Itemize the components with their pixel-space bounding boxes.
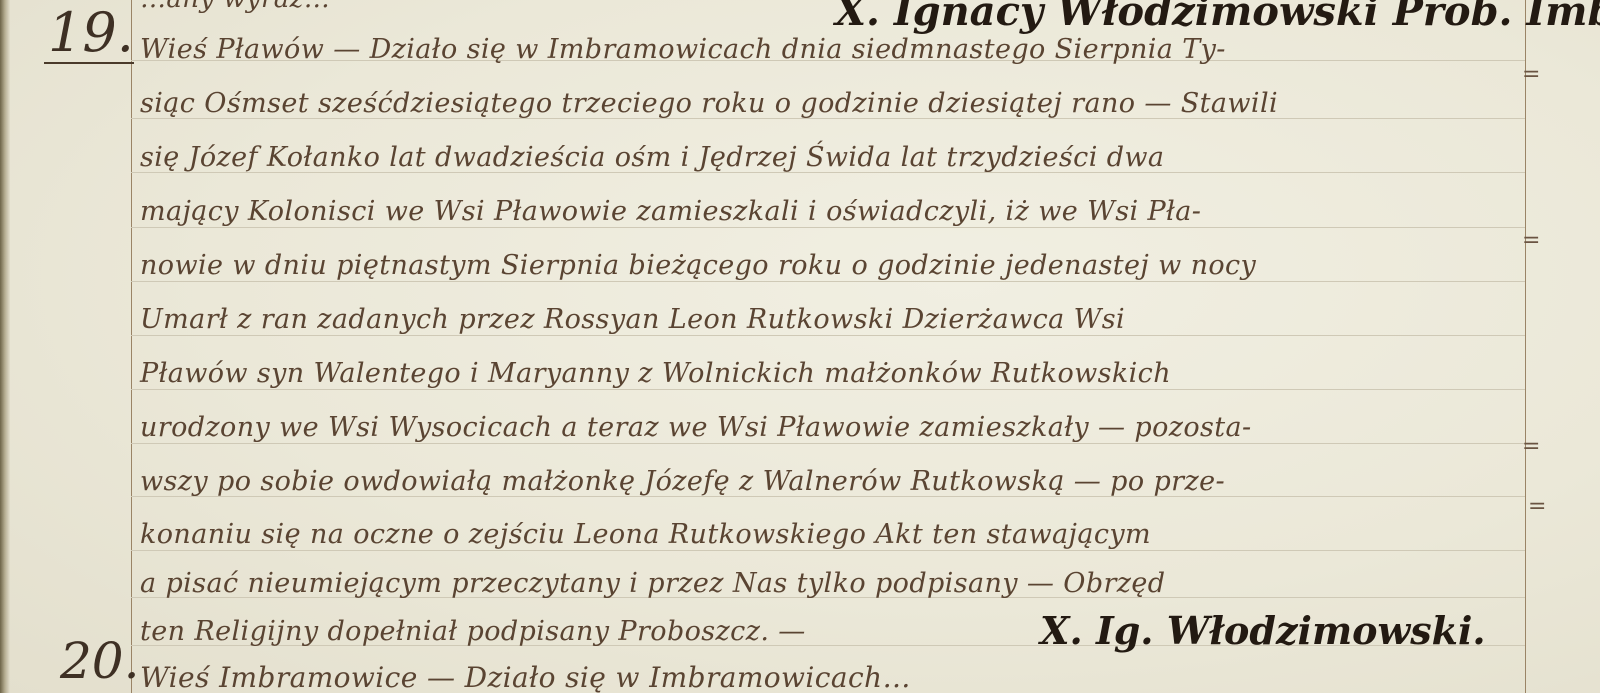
line-continuation-mark: = [1522, 434, 1540, 459]
ruled-line [131, 389, 1525, 390]
ruled-line [131, 335, 1525, 336]
right-margin-rule [1525, 0, 1526, 693]
ruled-line [131, 550, 1525, 551]
ruled-line [131, 281, 1525, 282]
previous-entry-fragment: …any wyraz… [140, 0, 440, 12]
page-binding-edge [0, 0, 10, 693]
line-continuation-mark: = [1522, 62, 1540, 87]
previous-entry-signature: X. Ignacy Włodzimowski Prob. Imbramowski [835, 0, 1600, 32]
entry-line: siąc Ośmset sześćdziesiątego trzeciego r… [140, 90, 1520, 117]
entry-line: mający Kolonisci we Wsi Pławowie zamiesz… [140, 198, 1520, 225]
entry-number-underline [44, 62, 134, 64]
priest-signature: X. Ig. Włodzimowski. [1040, 612, 1486, 650]
entry-line: Wieś Pławów — Działo się w Imbramowicach… [140, 36, 1520, 63]
entry-line: konaniu się na oczne o zejściu Leona Rut… [140, 521, 1520, 548]
ruled-line [131, 227, 1525, 228]
entry-line: Pławów syn Walentego i Maryanny z Wolnic… [140, 360, 1520, 387]
entry-line: urodzony we Wsi Wysocicach a teraz we Ws… [140, 414, 1520, 441]
entry-line: Umarł z ran zadanych przez Rossyan Leon … [140, 306, 1520, 333]
entry-line: ten Religijny dopełniał podpisany Probos… [140, 618, 900, 645]
line-continuation-mark: = [1528, 494, 1546, 519]
entry-line: wszy po sobie owdowiałą małżonkę Józefę … [140, 468, 1520, 495]
left-margin-rule [131, 0, 132, 693]
entry-number: 19. [48, 6, 134, 60]
entry-line: a pisać nieumiejącym przeczytany i przez… [140, 570, 1520, 597]
ruled-line [131, 443, 1525, 444]
entry-number: 20. [60, 636, 140, 686]
entry-line: Wieś Imbramowice — Działo się w Imbramow… [140, 664, 1520, 692]
line-continuation-mark: = [1522, 228, 1540, 253]
register-page: …any wyraz… X. Ignacy Włodzimowski Prob.… [0, 0, 1600, 693]
entry-line: nowie w dniu piętnastym Sierpnia bieżące… [140, 252, 1520, 279]
entry-line: się Józef Kołanko lat dwadzieścia ośm i … [140, 144, 1520, 171]
